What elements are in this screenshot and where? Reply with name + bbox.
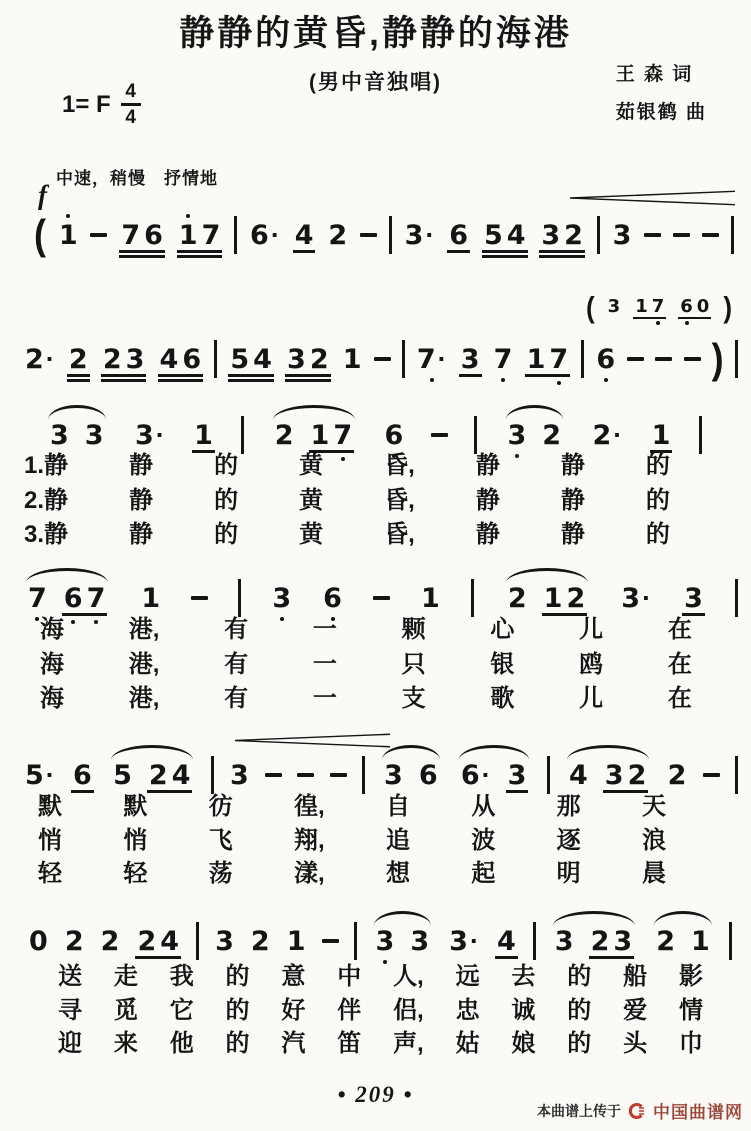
note-number: 0	[29, 928, 48, 955]
note-number: 2	[592, 422, 611, 449]
note: 1	[420, 585, 441, 612]
note-number: 2	[591, 928, 610, 955]
note-number: 3	[461, 346, 480, 373]
beamed-notes: 24	[147, 762, 193, 789]
beam-underline	[459, 374, 482, 377]
augmentation-dot: ·	[438, 346, 447, 373]
note: 3	[409, 928, 430, 955]
time-signature-denominator: 4	[125, 108, 136, 127]
slur-group: 21	[652, 928, 714, 955]
note: 6	[448, 222, 469, 249]
lyric-syllable: 黄	[299, 452, 323, 480]
dash-note	[655, 357, 672, 361]
dash-note	[330, 773, 347, 777]
note-number: 3	[508, 422, 527, 449]
note: 2	[309, 346, 330, 373]
beamed-notes: 2	[67, 346, 90, 373]
note-number: 3	[85, 422, 104, 449]
note: 7·	[416, 346, 448, 373]
note: 3·	[620, 585, 652, 612]
lyric-syllable: 悄	[123, 827, 147, 855]
lyric-syllable: 意	[281, 963, 305, 991]
note-number: 3	[215, 928, 234, 955]
lyric-syllable: 从	[471, 793, 495, 821]
note-number: 1	[635, 298, 648, 316]
slur-arc	[553, 911, 635, 926]
note-number: 3	[272, 585, 291, 612]
note: 1	[286, 928, 307, 955]
note-number: 6	[596, 346, 615, 373]
beam-underline	[177, 255, 223, 258]
note-number: 1	[141, 585, 160, 612]
note-number: 3	[621, 585, 640, 612]
note-number: 3	[449, 928, 468, 955]
note-number: 3	[605, 762, 624, 789]
cue-notes: (31760)	[586, 292, 732, 322]
note: 1	[58, 222, 79, 249]
note-number: 0	[697, 298, 710, 316]
barline	[729, 922, 732, 960]
slur-arc	[26, 568, 108, 583]
lyric-syllable: 飞	[209, 827, 233, 855]
lyric-syllable: 3.静	[24, 521, 68, 549]
beam-underline	[228, 374, 274, 377]
beamed-notes: 1	[192, 422, 215, 449]
beam-underline	[447, 250, 470, 253]
note: 3	[271, 585, 292, 612]
lyric-syllable: 轻	[123, 860, 147, 888]
low-octave-dot	[656, 321, 660, 325]
lyric-syllable: 的	[567, 997, 591, 1025]
lyric-syllable: 声,	[393, 1030, 424, 1058]
barline	[547, 756, 550, 794]
lyric-syllable: 只	[402, 651, 426, 679]
beamed-notes: 54	[228, 346, 274, 373]
barline	[597, 216, 600, 254]
note: 2	[667, 762, 688, 789]
lyric-syllable: 轻	[38, 860, 62, 888]
beam-underline	[293, 250, 316, 253]
lyric-syllable: 有	[224, 616, 248, 644]
note-number: 3	[376, 928, 395, 955]
lyric-syllable: 来	[114, 1030, 138, 1058]
lyric-syllable: 浪	[642, 827, 666, 855]
lyric-syllable: 迎	[58, 1030, 82, 1058]
note: 3	[607, 298, 622, 316]
watermark-prefix: 本曲谱上传于	[537, 1101, 621, 1121]
note: 1	[342, 346, 363, 373]
lyrics-verse2-row: 海港,有一只银鸥在	[40, 651, 692, 679]
beam-underline	[158, 374, 204, 377]
lyric-syllable: 默	[38, 793, 62, 821]
note: 6·	[249, 222, 281, 249]
note-number: 7	[28, 585, 47, 612]
lyric-syllable: 漾,	[294, 860, 325, 888]
barline	[241, 416, 244, 454]
beamed-notes: 67	[62, 585, 108, 612]
lyric-syllable: 港,	[129, 616, 160, 644]
slur-arc	[654, 911, 712, 926]
note-number: 2	[25, 346, 44, 373]
time-signature: 4 4	[121, 82, 141, 127]
lyric-syllable: 我	[170, 963, 194, 991]
note: 4	[506, 222, 527, 249]
slur-arc	[506, 405, 564, 420]
lyric-syllable: 的	[214, 521, 238, 549]
note: 7	[201, 222, 222, 249]
note: 3	[286, 346, 307, 373]
note-number: 3	[126, 346, 145, 373]
note: 3	[49, 422, 70, 449]
lyric-syllable: 儿	[579, 685, 603, 713]
note-number: 4	[160, 928, 179, 955]
note-number: 3	[508, 762, 527, 789]
lyric-syllable: 儿	[579, 616, 603, 644]
augmentation-dot: ·	[425, 222, 434, 249]
note-number: 3	[135, 422, 154, 449]
dash-note	[322, 939, 339, 943]
beamed-notes: 6	[71, 762, 94, 789]
lyric-syllable: 巾	[679, 1030, 703, 1058]
note-number: 3	[608, 298, 621, 316]
beam-underline	[101, 374, 147, 377]
lyric-syllable: 港,	[129, 651, 160, 679]
beam-underline	[539, 255, 585, 258]
beamed-notes: 54	[482, 222, 528, 249]
forte-dynamic-mark: f	[38, 180, 47, 211]
note: 7	[86, 585, 107, 612]
lyric-syllable: 静	[129, 521, 153, 549]
music-line-6: 02224321333·432321	[28, 918, 732, 964]
augmentation-dot: ·	[470, 928, 479, 955]
note-number: 3	[613, 222, 632, 249]
note-number: 3	[287, 346, 306, 373]
note-number: 2	[508, 585, 527, 612]
note: 2	[590, 928, 611, 955]
crescendo-hairpin	[235, 733, 390, 748]
beamed-notes: 32	[603, 762, 649, 789]
lyric-syllable: 静	[476, 521, 500, 549]
beamed-notes: 76	[119, 222, 165, 249]
lyric-syllable: 的	[646, 487, 670, 515]
note: 6	[679, 298, 694, 316]
slur-group: 524	[109, 762, 195, 789]
lyric-syllable: 波	[471, 827, 495, 855]
note: 6	[72, 762, 93, 789]
note-number: 2	[65, 928, 84, 955]
lyric-syllable: 觅	[114, 997, 138, 1025]
beam-underline	[67, 374, 90, 377]
note-number: 7	[494, 346, 513, 373]
parenthesis: )	[712, 338, 724, 379]
note: 7	[651, 298, 666, 316]
lyric-syllable: 想	[386, 860, 410, 888]
barline	[214, 340, 217, 378]
barline	[474, 416, 477, 454]
barline	[471, 579, 474, 617]
barline	[238, 579, 241, 617]
lyric-syllable: 昏,	[384, 452, 415, 480]
note: 3	[540, 222, 561, 249]
note-number: 2	[668, 762, 687, 789]
parenthesis: (	[34, 214, 46, 255]
augmentation-dot: ·	[613, 422, 622, 449]
barline	[735, 579, 738, 617]
barline	[581, 340, 584, 378]
augmentation-dot: ·	[156, 422, 165, 449]
note-number: 3	[50, 422, 69, 449]
lyrics-verse2-row: 2.静静的黄昏,静静的	[24, 487, 670, 515]
note: 4	[294, 222, 315, 249]
note: 2	[327, 222, 348, 249]
music-line-1: (176176·423·654323	[34, 212, 734, 258]
crescendo-hairpin	[570, 190, 735, 206]
note: 3	[84, 422, 105, 449]
dash-note	[90, 233, 107, 237]
note-number: 5	[230, 346, 249, 373]
beam-underline	[285, 379, 331, 382]
note: 2	[274, 422, 295, 449]
note-number: 6	[182, 346, 201, 373]
note: 3	[125, 346, 146, 373]
note: 3·	[404, 222, 436, 249]
slur-arc	[48, 405, 106, 420]
note-number: 1	[59, 222, 78, 249]
note-number: 6	[461, 762, 480, 789]
note: 6	[384, 422, 405, 449]
note: 5·	[24, 762, 56, 789]
note-number: 2	[328, 222, 347, 249]
site-logo-icon	[628, 1102, 646, 1120]
beamed-notes: 12	[542, 585, 588, 612]
lyric-syllable: 静	[129, 452, 153, 480]
composer-credit: 茹银鹤 曲	[616, 94, 707, 132]
note: 7	[27, 585, 48, 612]
note: 3	[383, 762, 404, 789]
beam-underline	[482, 255, 528, 258]
lyric-syllable: 银	[490, 651, 514, 679]
slur-group: 212	[504, 585, 590, 612]
lyric-syllable: 晨	[642, 860, 666, 888]
lyric-syllable: 人,	[393, 963, 424, 991]
beam-underline	[158, 379, 204, 382]
note: 2	[563, 222, 584, 249]
beam-underline	[67, 379, 90, 382]
lyric-syllable: 船	[623, 963, 647, 991]
dash-note	[297, 773, 314, 777]
note-number: 6	[419, 762, 438, 789]
lyric-syllable: 海	[40, 685, 64, 713]
beam-underline	[525, 374, 571, 377]
note-number: 1	[311, 422, 330, 449]
barline	[211, 756, 214, 794]
note-number: 7	[333, 422, 352, 449]
lyric-syllable: 静	[476, 487, 500, 515]
beamed-notes: 60	[678, 298, 711, 316]
beamed-notes: 32	[285, 346, 331, 373]
lyric-syllable: 一	[313, 616, 337, 644]
lyric-syllable: 颗	[402, 616, 426, 644]
lyric-syllable: 一	[313, 685, 337, 713]
note: 3	[214, 928, 235, 955]
lyric-syllable: 走	[114, 963, 138, 991]
beamed-notes: 3	[682, 585, 705, 612]
note: 1	[310, 422, 331, 449]
note: 3·	[448, 928, 480, 955]
note-number: 3	[555, 928, 574, 955]
lyric-syllable: 的	[226, 963, 250, 991]
note: 7	[332, 422, 353, 449]
beamed-notes: 17	[525, 346, 571, 373]
note-number: 2	[149, 762, 168, 789]
lyric-syllable: 明	[557, 860, 581, 888]
parenthesis: (	[586, 292, 595, 322]
low-octave-dot	[35, 617, 39, 621]
lyric-syllable: 港,	[129, 685, 160, 713]
note: 2	[100, 928, 121, 955]
lyric-syllable: 头	[623, 1030, 647, 1058]
note: 5	[229, 346, 250, 373]
music-line-4: 76713612123·3	[24, 575, 738, 621]
note-number: 4	[160, 346, 179, 373]
lyric-syllable: 静	[476, 452, 500, 480]
note-number: 1	[287, 928, 306, 955]
note-number: 3	[541, 222, 560, 249]
lyric-syllable: 远	[456, 963, 480, 991]
lyric-syllable: 黄	[299, 521, 323, 549]
lyric-syllable: 1.静	[24, 452, 68, 480]
note-number: 2	[542, 422, 561, 449]
lyric-syllable: 的	[567, 1030, 591, 1058]
lyric-syllable: 歌	[490, 685, 514, 713]
barline	[402, 340, 405, 378]
note-number: 1	[343, 346, 362, 373]
beam-underline	[495, 956, 518, 959]
note: 2	[64, 928, 85, 955]
lyric-syllable: 伴	[337, 997, 361, 1025]
slur-group: 32	[504, 422, 566, 449]
lyric-syllable: 支	[402, 685, 426, 713]
note-number: 7	[652, 298, 665, 316]
note-number: 2	[101, 928, 120, 955]
slur-group: 217	[271, 422, 357, 449]
music-line-5: 5·65243366·34322	[24, 752, 738, 798]
note-number: 2	[310, 346, 329, 373]
watermark-site-name: 中国曲谱网	[653, 1098, 743, 1123]
low-octave-dot	[557, 381, 561, 385]
beam-underline	[177, 250, 223, 253]
dash-note	[702, 233, 719, 237]
beamed-notes: 23	[589, 928, 635, 955]
augmentation-dot: ·	[46, 346, 55, 373]
note-number: 6	[385, 422, 404, 449]
lyric-syllable: 的	[567, 963, 591, 991]
lyric-syllable: 在	[668, 651, 692, 679]
beam-underline	[678, 317, 711, 319]
lyric-syllable: 汽	[281, 1030, 305, 1058]
slur-group: 767	[24, 585, 110, 612]
lyric-syllable: 姑	[456, 1030, 480, 1058]
parenthesis: )	[723, 292, 732, 322]
note-number: 7	[202, 222, 221, 249]
note-number: 3	[684, 585, 703, 612]
lyric-syllable: 海	[40, 651, 64, 679]
lyrics-verse2-row: 寻觅它的好伴侣,忠诚的爱情	[58, 997, 703, 1025]
note: 3	[507, 422, 528, 449]
barline	[533, 922, 536, 960]
note-number: 4	[497, 928, 516, 955]
note-number: 1	[527, 346, 546, 373]
slur-arc	[459, 745, 530, 760]
note: 6	[181, 346, 202, 373]
beam-underline	[285, 374, 331, 377]
beamed-notes: 4	[293, 222, 316, 249]
note: 2	[68, 346, 89, 373]
note-number: 4	[507, 222, 526, 249]
lyric-syllable: 2.静	[24, 487, 68, 515]
beam-underline	[101, 379, 147, 382]
lyric-syllable: 默	[123, 793, 147, 821]
dash-note	[265, 773, 282, 777]
note: 2·	[24, 346, 56, 373]
note: 3	[683, 585, 704, 612]
note-number: 6	[144, 222, 163, 249]
note-number: 3	[405, 222, 424, 249]
slur-group: 432	[565, 762, 651, 789]
beam-underline	[633, 317, 666, 319]
lyric-syllable: 天	[642, 793, 666, 821]
beamed-notes: 4	[495, 928, 518, 955]
note-number: 6	[64, 585, 83, 612]
lyric-syllable: 逐	[557, 827, 581, 855]
note-number: 2	[566, 585, 585, 612]
lyric-syllable: 情	[679, 997, 703, 1025]
dash-note	[373, 596, 390, 600]
augmentation-dot: ·	[642, 585, 651, 612]
lyric-syllable: 海	[40, 616, 64, 644]
low-octave-dot	[685, 321, 689, 325]
note-number: 5	[484, 222, 503, 249]
note: 0	[28, 928, 49, 955]
note: 3	[375, 928, 396, 955]
lyrics-verse1-row: 海港,有一颗心儿在	[40, 616, 692, 644]
note-number: 7	[417, 346, 436, 373]
note: 4	[252, 346, 273, 373]
lyric-syllable: 有	[224, 685, 248, 713]
note: 2	[250, 928, 271, 955]
barline	[389, 216, 392, 254]
dash-note	[431, 433, 448, 437]
slur-group: 323	[551, 928, 637, 955]
note-number: 1	[652, 422, 671, 449]
barline	[234, 216, 237, 254]
note-number: 4	[172, 762, 191, 789]
lyric-syllable: 他	[170, 1030, 194, 1058]
tempo-marking: 中速，稍慢 抒情地	[56, 164, 218, 189]
time-signature-numerator: 4	[125, 82, 136, 101]
note: 2	[655, 928, 676, 955]
dash-note	[360, 233, 377, 237]
note: 1	[690, 928, 711, 955]
dash-note	[644, 233, 661, 237]
beamed-notes: 3	[506, 762, 529, 789]
beamed-notes: 24	[135, 928, 181, 955]
note: 2	[507, 585, 528, 612]
note-number: 6	[449, 222, 468, 249]
slur-group: 36	[380, 762, 442, 789]
note: 4	[159, 928, 180, 955]
note-number: 7	[121, 222, 140, 249]
